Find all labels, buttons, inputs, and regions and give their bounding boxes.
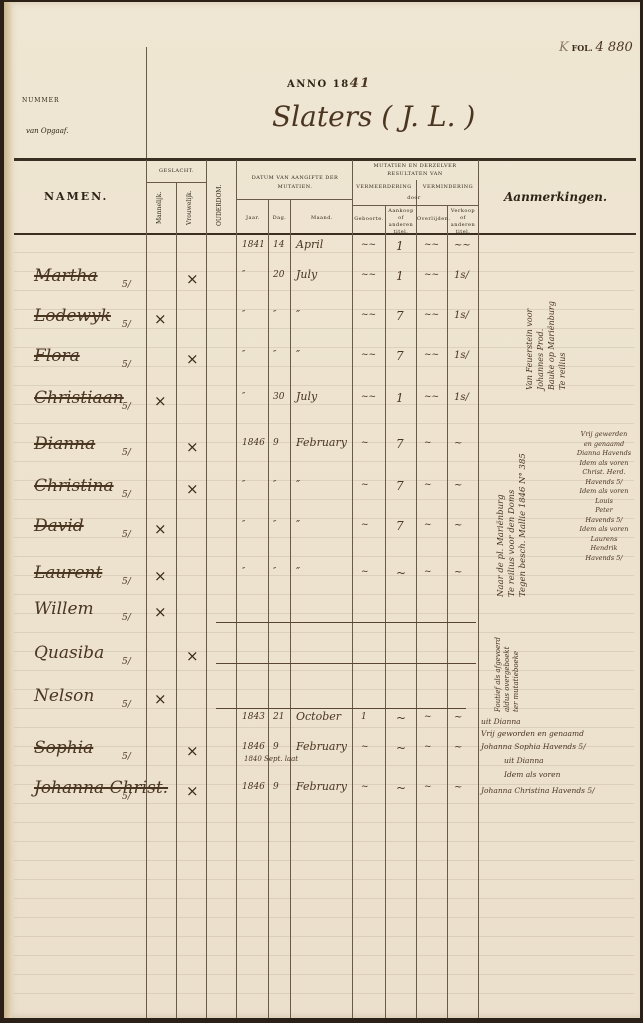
- col-line: [268, 199, 269, 1018]
- anno-prefix: ANNO 18: [287, 79, 350, 90]
- col-door: door: [399, 195, 429, 201]
- ruled-line: [14, 556, 634, 557]
- maand-cell: February: [296, 740, 347, 753]
- row-name: Willem: [34, 599, 94, 619]
- ruled-line: [14, 689, 634, 690]
- remark-3-line: Havends 5/: [566, 516, 642, 526]
- col-aanmerkingen: Aanmerkingen.: [504, 190, 607, 204]
- ruled-line: [14, 879, 634, 880]
- col-line: [385, 205, 386, 1018]
- maand-cell: October: [296, 710, 341, 723]
- remark-3-line: Louis: [566, 497, 642, 507]
- col-line: [206, 160, 207, 1018]
- verkoop-cell: 1s/: [454, 310, 469, 321]
- remark-3-line: Idem als voren: [566, 487, 642, 497]
- remark-3-line: en genaamd: [566, 440, 642, 450]
- remark-3-line: Hendrik: [566, 544, 642, 554]
- overlijden-cell: ~~: [424, 350, 439, 360]
- maand-cell: July: [296, 268, 317, 281]
- geboorte-cell: ~: [361, 567, 369, 577]
- remark-3-line: Idem als voren: [566, 525, 642, 535]
- col-overlijden: Overlijden.: [417, 216, 447, 222]
- row-name: Christiaan: [34, 388, 124, 408]
- row-suffix: 5/: [122, 530, 131, 540]
- row-rule: [216, 708, 466, 709]
- vrouwelijk-mark: ×: [186, 647, 199, 665]
- ruled-line: [14, 518, 634, 519]
- ruled-line: [14, 727, 634, 728]
- mannelijk-mark: ×: [154, 392, 167, 410]
- row-suffix: 5/: [122, 490, 131, 500]
- vrouwelijk-mark: ×: [186, 438, 199, 456]
- row-name: Laurent: [34, 563, 102, 583]
- mannelijk-mark: ×: [154, 567, 167, 585]
- table-top-rule: [14, 158, 636, 161]
- owner-name: Slaters ( J. L. ): [272, 100, 475, 133]
- register-page: NUMMER van Opgaaf. ANNO 1841 Slaters ( J…: [4, 2, 640, 1018]
- ruled-line: [14, 632, 634, 633]
- verkoop-cell: 1s/: [454, 350, 469, 361]
- col-namen: NAMEN.: [44, 190, 108, 203]
- row-suffix: 5/: [122, 792, 131, 802]
- remark-8: Johanna Christina Havends 5/: [481, 786, 595, 795]
- verkoop-cell: ~: [454, 782, 462, 793]
- col-ouderdom: OUDERDOM.: [216, 180, 223, 230]
- aankoop-cell: ~: [396, 566, 406, 580]
- row-name: Nelson: [34, 686, 94, 706]
- dag-cell: 9: [273, 742, 279, 752]
- folio: K FOL. 4 880: [559, 40, 633, 55]
- verkoop-cell: ~: [454, 567, 462, 578]
- vrouwelijk-mark: ×: [186, 742, 199, 760]
- row-name: Sophia: [34, 738, 93, 758]
- col-line: [176, 182, 177, 1018]
- overlijden-cell: ~~: [424, 240, 439, 250]
- remark-3-line: Laurens: [566, 535, 642, 545]
- col-line: [236, 160, 237, 1018]
- ruled-line: [14, 822, 634, 823]
- verkoop-cell: 1s/: [454, 392, 469, 403]
- verkoop-cell: ~~: [454, 240, 471, 251]
- jaar-cell: 1846: [242, 742, 265, 752]
- col-jaar: Jaar.: [238, 215, 268, 221]
- aankoop-cell: 7: [396, 479, 404, 493]
- geboorte-cell: ~~: [361, 310, 376, 320]
- overlijden-cell: ~: [424, 480, 432, 490]
- remark-3-line: Havends 5/: [566, 554, 642, 564]
- col-geboorte: Geboorte.: [353, 216, 385, 222]
- jaar-cell: ″: [242, 350, 245, 360]
- geboorte-cell: ~~: [361, 240, 376, 250]
- col-line: [478, 160, 479, 1018]
- row-name: Johanna Christ.: [34, 778, 168, 798]
- subheader-rule: [236, 199, 352, 200]
- aankoop-cell: ~: [396, 781, 406, 795]
- dag-cell: 20: [273, 270, 284, 280]
- remark-7: Idem als voren: [504, 770, 560, 779]
- aankoop-cell: 1: [396, 269, 404, 283]
- row-suffix: 5/: [122, 402, 131, 412]
- remark-3-line: Idem als voren: [566, 459, 642, 469]
- verkoop-cell: ~: [454, 742, 462, 753]
- maand-cell: April: [296, 238, 323, 251]
- ruled-line: [14, 613, 634, 614]
- col-vrouwelijk: Vrouwelijk.: [186, 188, 193, 228]
- ruled-line: [14, 461, 634, 462]
- maand-cell: ″: [296, 478, 300, 491]
- maand-cell: February: [296, 780, 347, 793]
- aankoop-cell: ~: [396, 711, 406, 725]
- overlijden-cell: ~: [424, 782, 432, 792]
- subheader-rule: [352, 205, 478, 206]
- col-line: [416, 180, 417, 1018]
- verkoop-cell: ~: [454, 480, 462, 491]
- col-verkoop: Verkoop of anderen titel.: [448, 208, 478, 236]
- jaar-cell: ″: [242, 567, 245, 577]
- col-mannelijk: Mannelijk.: [156, 188, 163, 228]
- remark-3-line: Havends 5/: [566, 478, 642, 488]
- col-datum-group: DATUM VAN AANGIFTE DER MUTATIEN.: [240, 174, 350, 192]
- maand-cell: ″: [296, 348, 300, 361]
- overlijden-cell: ~~: [424, 270, 439, 280]
- maand-cell: ″: [296, 308, 300, 321]
- overlijden-cell: ~: [424, 712, 432, 722]
- row-name: Quasiba: [34, 643, 104, 663]
- overlijden-cell: ~: [424, 520, 432, 530]
- overlijden-cell: ~: [424, 742, 432, 752]
- row-suffix: 5/: [122, 448, 131, 458]
- row-suffix: 5/: [122, 752, 131, 762]
- faint-entry: 1840 Sept. laat: [244, 755, 298, 763]
- row-name: David: [34, 516, 84, 536]
- mannelijk-mark: ×: [154, 690, 167, 708]
- jaar-cell: ″: [242, 270, 245, 280]
- ruled-line: [14, 936, 634, 937]
- col-line: [447, 205, 448, 1018]
- ruled-line: [14, 537, 634, 538]
- ruled-line: [14, 860, 634, 861]
- col-line: [352, 160, 353, 1018]
- row-name: Lodewyk: [34, 306, 111, 326]
- col-geslacht: GESLACHT.: [149, 168, 204, 174]
- mannelijk-mark: ×: [154, 310, 167, 328]
- ruled-line: [14, 898, 634, 899]
- ruled-line: [14, 651, 634, 652]
- geboorte-cell: ~~: [361, 270, 376, 280]
- remark-1: Van Feuerstein voorJohannes Prod.Bauke o…: [524, 240, 568, 390]
- ruled-line: [14, 993, 634, 994]
- col-vermeerdering: VERMEERDERING: [354, 184, 414, 190]
- remark-3-line: Christ. Herd.: [566, 468, 642, 478]
- jaar-cell: ″: [242, 310, 245, 320]
- remark-3-line: Vrij gewerden: [566, 430, 642, 440]
- subheader-rule: [146, 182, 206, 183]
- jaar-cell: 1841: [242, 240, 265, 250]
- anno-year: 41: [350, 76, 371, 91]
- row-rule: [216, 622, 476, 623]
- ruled-line: [14, 974, 634, 975]
- col-maand: Maand.: [292, 215, 352, 221]
- row-suffix: 5/: [122, 577, 131, 587]
- aankoop-cell: ~: [396, 741, 406, 755]
- vrouwelijk-mark: ×: [186, 782, 199, 800]
- remark-5a: uit Dianna: [481, 717, 521, 726]
- col-line: [290, 199, 291, 1018]
- ruled-line: [14, 765, 634, 766]
- verkoop-cell: ~: [454, 712, 462, 723]
- anno-label: ANNO 1841: [287, 76, 371, 91]
- jaar-cell: 1846: [242, 782, 265, 792]
- row-suffix: 5/: [122, 320, 131, 330]
- remark-4: Foutief als afgevoerdaldus overgeboektte…: [494, 602, 521, 712]
- mannelijk-mark: ×: [154, 603, 167, 621]
- maand-cell: July: [296, 390, 317, 403]
- geboorte-cell: ~~: [361, 350, 376, 360]
- folio-prefix: FOL.: [572, 43, 593, 53]
- overlijden-cell: ~~: [424, 310, 439, 320]
- row-suffix: 5/: [122, 613, 131, 623]
- remark-5c: Johanna Sophia Havends 5/: [481, 742, 586, 751]
- dag-cell: ″: [273, 520, 276, 530]
- ruled-line: [14, 841, 634, 842]
- verkoop-cell: ~: [454, 438, 462, 449]
- page-binding: [4, 2, 12, 1018]
- remark-3-line: Dianna Havends: [566, 449, 642, 459]
- geboorte-cell: ~~: [361, 392, 376, 402]
- geboorte-cell: 1: [361, 712, 367, 722]
- aankoop-cell: 7: [396, 309, 404, 323]
- col-vermindering: VERMINDERING: [418, 184, 478, 190]
- row-suffix: 5/: [122, 700, 131, 710]
- header-divider: [146, 47, 147, 159]
- aankoop-cell: 1: [396, 239, 404, 253]
- maand-cell: ″: [296, 518, 300, 531]
- overlijden-cell: ~: [424, 567, 432, 577]
- dag-cell: 14: [273, 240, 284, 250]
- dag-cell: 9: [273, 438, 279, 448]
- aankoop-cell: 7: [396, 437, 404, 451]
- mannelijk-mark: ×: [154, 520, 167, 538]
- verkoop-cell: 1s/: [454, 270, 469, 281]
- ruled-line: [14, 575, 634, 576]
- row-suffix: 5/: [122, 657, 131, 667]
- folio-number: 4 880: [596, 40, 633, 55]
- row-name: Martha: [34, 266, 98, 286]
- maand-cell: ″: [296, 565, 300, 578]
- van-opgaaf-label: van Opgaaf.: [26, 127, 68, 135]
- col-line: [146, 160, 147, 1018]
- maand-cell: February: [296, 436, 347, 449]
- col-mutatien-group: MUTATIEN EN DERZELVER RESULTATEN VAN: [354, 162, 476, 178]
- row-suffix: 5/: [122, 280, 131, 290]
- geboorte-cell: ~: [361, 782, 369, 792]
- vrouwelijk-mark: ×: [186, 480, 199, 498]
- ruled-line: [14, 670, 634, 671]
- verkoop-cell: ~: [454, 520, 462, 531]
- row-name: Christina: [34, 476, 114, 496]
- dag-cell: 9: [273, 782, 279, 792]
- col-aankoop: Aankoop of anderen titel.: [386, 208, 416, 236]
- ruled-line: [14, 917, 634, 918]
- remark-6: uit Dianna: [504, 756, 544, 765]
- nummer-label: NUMMER: [22, 97, 60, 104]
- col-dag: Dag.: [269, 215, 290, 221]
- row-name: Flora: [34, 346, 80, 366]
- ruled-line: [14, 499, 634, 500]
- geboorte-cell: ~: [361, 438, 369, 448]
- dag-cell: ″: [273, 350, 276, 360]
- geboorte-cell: ~: [361, 520, 369, 530]
- row-rule: [216, 663, 476, 664]
- dag-cell: 21: [273, 712, 284, 722]
- overlijden-cell: ~: [424, 438, 432, 448]
- dag-cell: 30: [273, 392, 284, 402]
- dag-cell: ″: [273, 480, 276, 490]
- jaar-cell: 1846: [242, 438, 265, 448]
- aankoop-cell: 1: [396, 391, 404, 405]
- overlijden-cell: ~~: [424, 392, 439, 402]
- remark-2: Naar de pl. MariënburgTe reilius voor de…: [496, 422, 529, 597]
- ruled-line: [14, 803, 634, 804]
- remark-3: Vrij gewerdenen genaamdDianna HavendsIde…: [566, 430, 642, 563]
- remark-5b: Vrij geworden en genaamd: [481, 729, 584, 738]
- vrouwelijk-mark: ×: [186, 270, 199, 288]
- ruled-line: [14, 955, 634, 956]
- row-name: Dianna: [34, 434, 95, 454]
- ruled-line: [14, 594, 634, 595]
- row-suffix: 5/: [122, 360, 131, 370]
- vrouwelijk-mark: ×: [186, 350, 199, 368]
- remark-3-line: Peter: [566, 506, 642, 516]
- aankoop-cell: 7: [396, 519, 404, 533]
- jaar-cell: ″: [242, 392, 245, 402]
- geboorte-cell: ~: [361, 742, 369, 752]
- header-bottom-rule: [14, 233, 636, 235]
- dag-cell: ″: [273, 310, 276, 320]
- geboorte-cell: ~: [361, 480, 369, 490]
- folio-mark: K: [559, 40, 569, 55]
- jaar-cell: 1843: [242, 712, 265, 722]
- jaar-cell: ″: [242, 480, 245, 490]
- jaar-cell: ″: [242, 520, 245, 530]
- aankoop-cell: 7: [396, 349, 404, 363]
- dag-cell: ″: [273, 567, 276, 577]
- ruled-line: [14, 423, 634, 424]
